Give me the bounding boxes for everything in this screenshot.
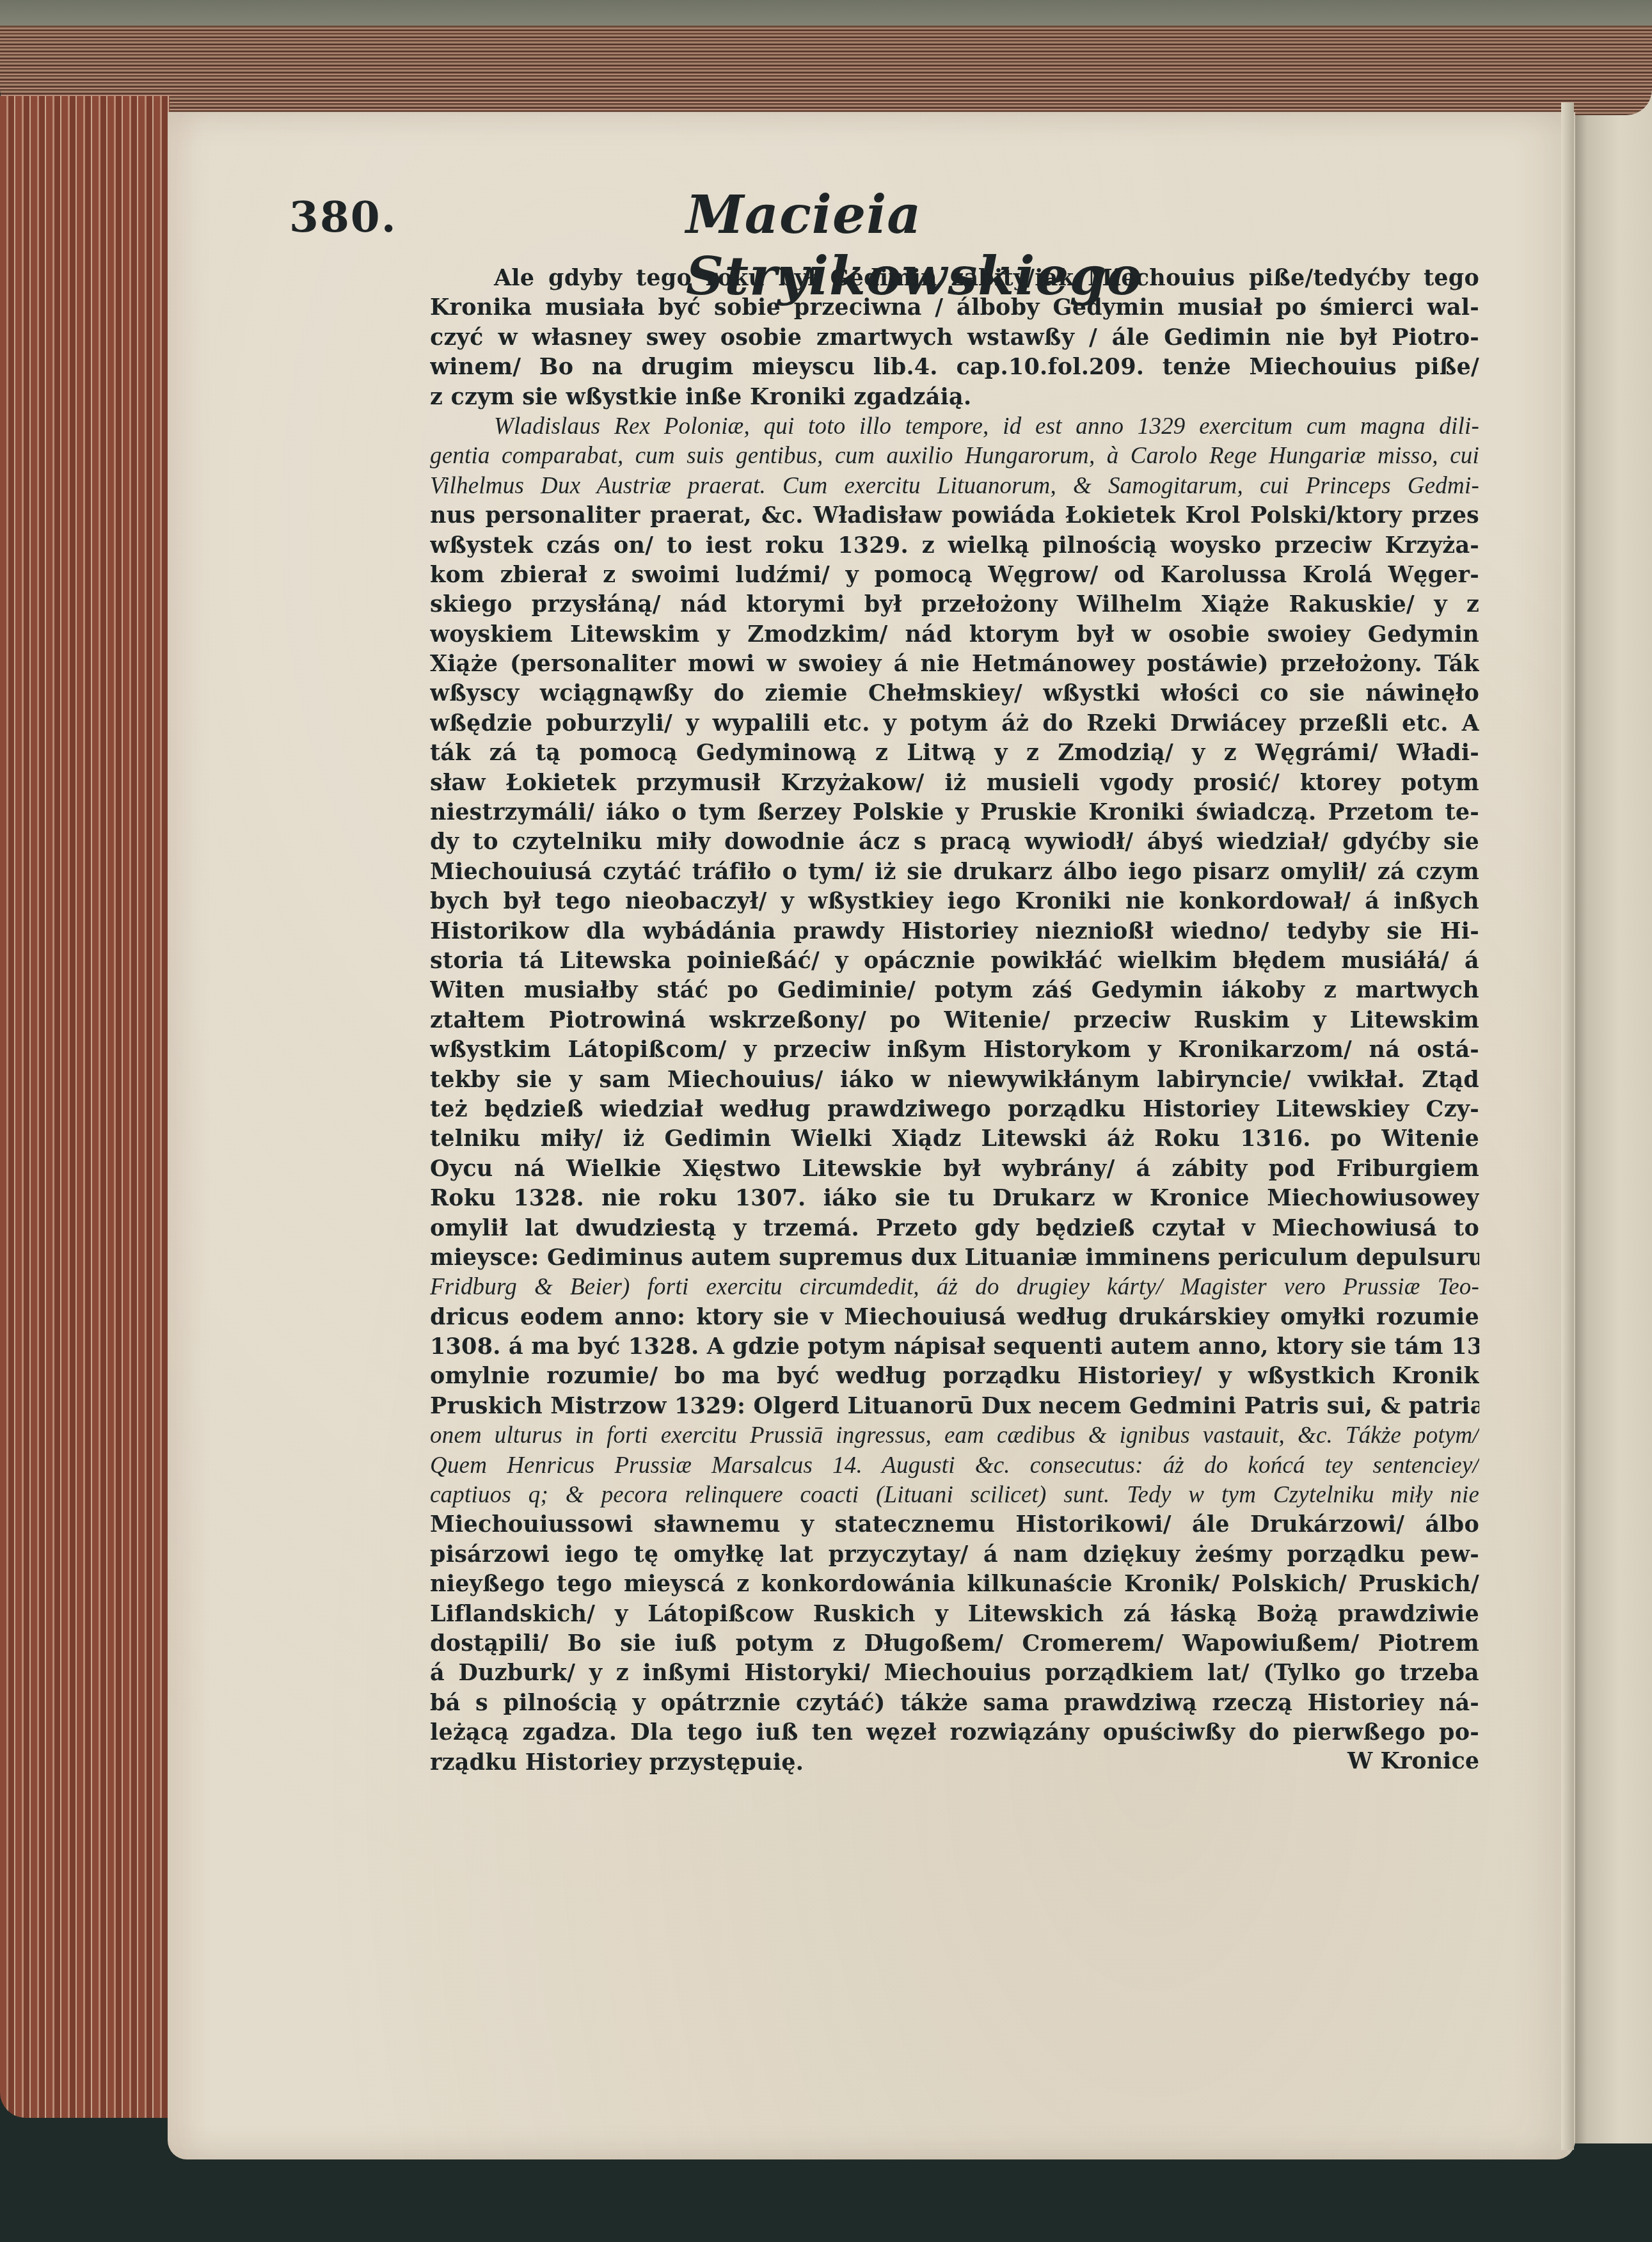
- text-line: nus personaliter praerat, &c. Władisław …: [430, 501, 1479, 530]
- text-line-latin: Wladislaus Rex Poloniæ, qui toto illo te…: [430, 412, 1479, 441]
- text-line: Kronika musiała być sobie przeciwna / ál…: [430, 293, 1479, 322]
- page-number: 380.: [289, 192, 397, 242]
- text-line: omylił lat dwudziestą y trzemá. Przeto g…: [430, 1214, 1479, 1243]
- paragraph-1: Ale gdyby tego roku był Gedimin zabity/i…: [430, 264, 1479, 412]
- final-line-with-catchword: rządku Historiey przystępuię. W Kronice: [430, 1748, 1479, 1777]
- text-line-latin: Vilhelmus Dux Austriæ praerat. Cum exerc…: [430, 472, 1479, 501]
- page-header: 380. Macieia Stryikowskiego: [289, 179, 1313, 262]
- paragraph-2: Wladislaus Rex Poloniæ, qui toto illo te…: [430, 412, 1479, 1777]
- text-line-latin: Fridburg & Beier) forti exercitu circumd…: [430, 1273, 1479, 1302]
- text-line: á Duzburk/ y z inßymi Historyki/ Miechou…: [430, 1658, 1479, 1688]
- text-line: wßystek czás on/ to iest roku 1329. z wi…: [430, 531, 1479, 560]
- text-line: Ale gdyby tego roku był Gedimin zabity/i…: [430, 264, 1479, 293]
- text-line: ztałtem Piotrowiná wskrzeßony/ po Witeni…: [430, 1006, 1479, 1035]
- text-line: omylnie rozumie/ bo ma być według porząd…: [430, 1362, 1479, 1391]
- text-line-mixed: Pruskich Mistrzow 1329: Olgerd Lituanorū…: [430, 1392, 1479, 1421]
- text-line: też będzieß wiedział według prawdziwego …: [430, 1095, 1479, 1124]
- text-line-latin: gentia comparabat, cum suis gentibus, cu…: [430, 441, 1479, 471]
- text-line: Xiąże (personaliter mowi w swoiey á nie …: [430, 649, 1479, 679]
- text-line: czyć w własney swey osobie zmartwych wst…: [430, 323, 1479, 353]
- text-line: kom zbierał z swoimi ludźmi/ y pomocą Wę…: [430, 560, 1479, 590]
- text-line-latin: captiuos q; & pecora relinquere coacti (…: [430, 1481, 1479, 1510]
- text-line: sław Łokietek przymusił Krzyżakow/ iż mu…: [430, 768, 1479, 798]
- text-line: Miechouiussowi sławnemu y statecznemu Hi…: [430, 1510, 1479, 1539]
- catchword: W Kronice: [1347, 1748, 1479, 1774]
- body-text: Ale gdyby tego roku był Gedimin zabity/i…: [430, 264, 1479, 1777]
- text-line: bych był tego nieobaczył/ y wßystkiey ie…: [430, 887, 1479, 916]
- text-line: leżącą zgadza. Dla tego iuß ten węzeł ro…: [430, 1718, 1479, 1747]
- text-line: Oycu ná Wielkie Xięstwo Litewskie był wy…: [430, 1154, 1479, 1184]
- text-line: storia tá Litewska poinießáć/ y opácznie…: [430, 946, 1479, 976]
- text-line: Witen musiałby stáć po Gediminie/ potym …: [430, 976, 1479, 1005]
- text-line: skiego przysłáną/ nád ktorymi był przeło…: [430, 590, 1479, 619]
- book-gutter: [1571, 38, 1652, 2143]
- text-line: wßędzie poburzyli/ y wypalili etc. y pot…: [430, 709, 1479, 738]
- text-line: nieyßego tego mieyscá z konkordowánia ki…: [430, 1570, 1479, 1599]
- text-line: dostąpili/ Bo sie iuß potym z Długoßem/ …: [430, 1629, 1479, 1658]
- text-line: ták zá tą pomocą Gedyminową z Litwą y z …: [430, 738, 1479, 768]
- book-top-page-edges: [0, 26, 1652, 115]
- text-line: rządku Historiey przystępuię.: [430, 1748, 1479, 1777]
- text-line: niestrzymáli/ iáko o tym ßerzey Polskie …: [430, 798, 1479, 827]
- book-fore-edge-pages: [0, 96, 170, 2118]
- next-page-edge: [1561, 102, 1574, 2150]
- text-line: telniku miły/ iż Gedimin Wielki Xiądz Li…: [430, 1124, 1479, 1154]
- text-line: Miechouiusá czytáć tráfiło o tym/ iż sie…: [430, 857, 1479, 887]
- text-line: Roku 1328. nie roku 1307. iáko sie tu Dr…: [430, 1184, 1479, 1213]
- text-line: winem/ Bo na drugim mieyscu lib.4. cap.1…: [430, 353, 1479, 382]
- text-line-latin: Quem Henricus Prussiæ Marsalcus 14. Augu…: [430, 1451, 1479, 1481]
- text-line: 1308. á ma być 1328. A gdzie potym nápis…: [430, 1332, 1479, 1362]
- text-line: dy to czytelniku miły dowodnie ácz s pra…: [430, 827, 1479, 857]
- text-line: wßystkim Látopißcom/ y przeciw inßym His…: [430, 1035, 1479, 1065]
- text-line: Historikow dla wybádánia prawdy Historie…: [430, 917, 1479, 946]
- text-line: woyskiem Litewskim y Zmodzkim/ nád ktory…: [430, 620, 1479, 649]
- text-line: tekby sie y sam Miechouius/ iáko w niewy…: [430, 1065, 1479, 1095]
- text-line: dricus eodem anno: ktory sie v Miechouiu…: [430, 1303, 1479, 1332]
- text-line-latin: onem ulturus in forti exercitu Prussiā i…: [430, 1421, 1479, 1451]
- text-line-mixed: mieysce: Gediminus autem supremus dux Li…: [430, 1243, 1479, 1273]
- text-line: wßyscy wciągnąwßy do ziemie Chełmskiey/ …: [430, 679, 1479, 708]
- text-line: z czym sie wßystkie inße Kroniki zgadzái…: [430, 383, 1479, 412]
- text-line: Liflandskich/ y Látopißcow Ruskich y Lit…: [430, 1600, 1479, 1629]
- text-line: pisárzowi iego tę omyłkę lat przyczytay/…: [430, 1540, 1479, 1570]
- text-line: bá s pilnością y opátrznie czytáć) tákże…: [430, 1689, 1479, 1718]
